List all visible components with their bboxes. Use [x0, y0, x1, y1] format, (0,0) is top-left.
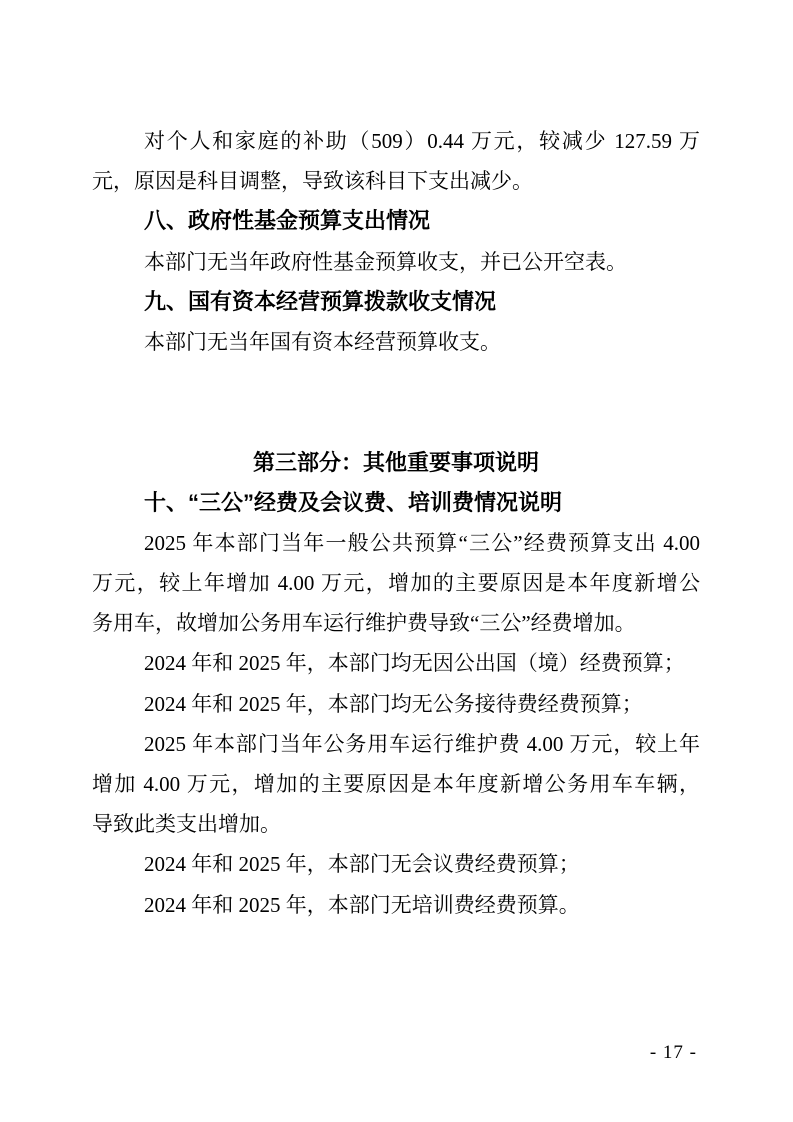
- page-number: - 17 -: [650, 1041, 697, 1065]
- body-line: 万元，较上年增加 4.00 万元，增加的主要原因是本年度新增公: [92, 563, 700, 603]
- body-line: 本部门无当年政府性基金预算收支，并已公开空表。: [92, 242, 700, 282]
- part-title: 第三部分：其他重要事项说明: [92, 443, 700, 483]
- section-heading: 十、“三公”经费及会议费、培训费情况说明: [92, 483, 700, 523]
- blank-line: [92, 362, 700, 402]
- body-line: 2024 年和 2025 年，本部门均无因公出国（境）经费预算；: [92, 643, 700, 683]
- body-line: 2025 年本部门当年一般公共预算“三公”经费预算支出 4.00: [92, 523, 700, 563]
- body-line: 2024 年和 2025 年，本部门均无公务接待费经费预算；: [92, 684, 700, 724]
- body-line: 元，原因是科目调整，导致该科目下支出减少。: [92, 161, 700, 201]
- body-line: 2024 年和 2025 年，本部门无培训费经费预算。: [92, 885, 700, 925]
- body-line: 本部门无当年国有资本经营预算收支。: [92, 322, 700, 362]
- body-line: 务用车，故增加公务用车运行维护费导致“三公”经费增加。: [92, 603, 700, 643]
- blank-line: [92, 402, 700, 442]
- body-line: 对个人和家庭的补助（509）0.44 万元，较减少 127.59 万: [92, 121, 700, 161]
- body-line: 增加 4.00 万元，增加的主要原因是本年度新增公务用车车辆，: [92, 764, 700, 804]
- document-body: 对个人和家庭的补助（509）0.44 万元，较减少 127.59 万元，原因是科…: [92, 121, 700, 925]
- body-line: 导致此类支出增加。: [92, 804, 700, 844]
- section-heading: 八、政府性基金预算支出情况: [92, 201, 700, 241]
- document-page: 对个人和家庭的补助（509）0.44 万元，较减少 127.59 万元，原因是科…: [0, 0, 793, 1122]
- body-line: 2024 年和 2025 年，本部门无会议费经费预算；: [92, 844, 700, 884]
- section-heading: 九、国有资本经营预算拨款收支情况: [92, 282, 700, 322]
- body-line: 2025 年本部门当年公务用车运行维护费 4.00 万元，较上年: [92, 724, 700, 764]
